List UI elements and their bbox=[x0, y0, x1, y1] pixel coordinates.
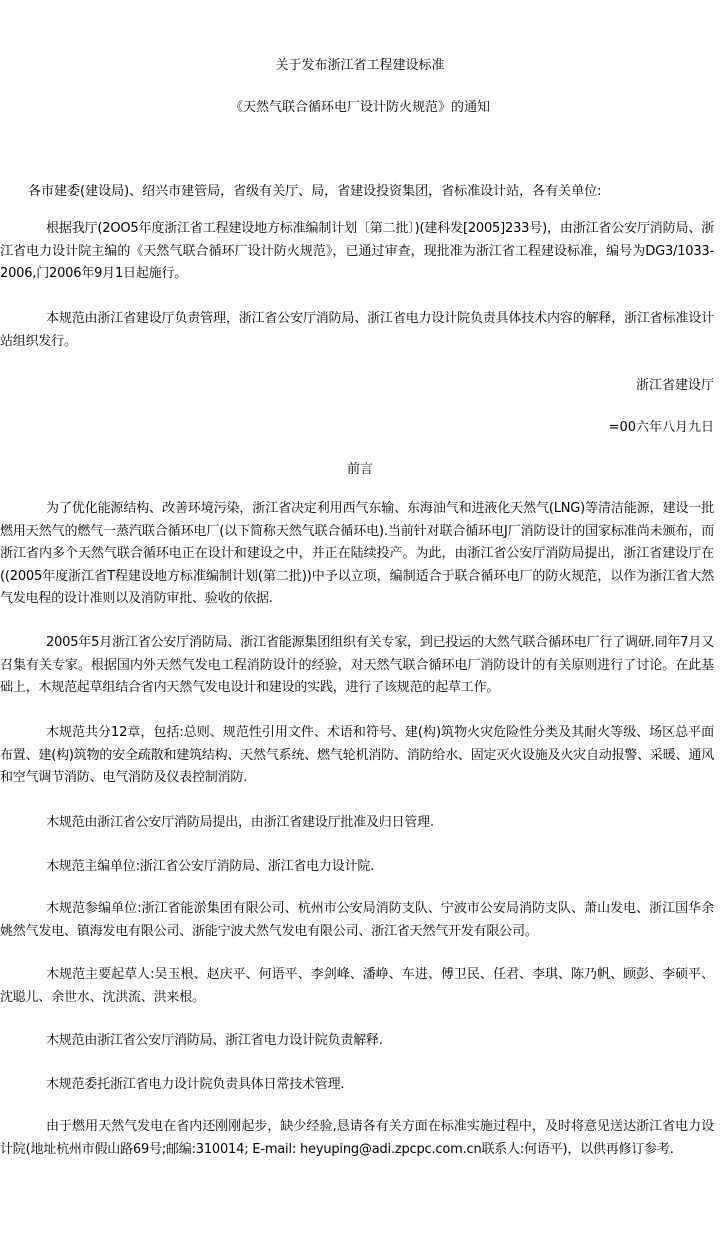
preface-paragraph: 木规范参编单位:浙江省能淤集团有限公司、杭州市公安局消防支队、宁波市公安局消防支… bbox=[0, 898, 714, 943]
notice-title-line1: 关于发布浙江省工程建设标准 bbox=[0, 54, 720, 73]
preface-paragraph: 木规范共分12章，包括:总则、规范性引用文件、术语和符号、建(构)筑物火灾危险性… bbox=[0, 722, 714, 790]
signature-date: =00六年八月九日 bbox=[609, 416, 714, 435]
notice-paragraph: 根据我厅(2OO5年度浙江省工程建设地方标准编制计划〔第二批〕)(建科发[200… bbox=[0, 218, 714, 286]
preface-paragraph: 为了优化能源结构、改善环境污染，浙江省决定利用西气东输、东海油气和进液化天然气(… bbox=[0, 498, 714, 611]
notice-paragraph: 本规范由浙江省建设厅负责管理，浙江省公安厅消防局、浙江省电力设计院负责具体技术内… bbox=[0, 308, 714, 353]
preface-paragraph: 由于燃用天然气发电在省内还刚刚起步，缺少经验,恳请各有关方面在标准实施过程中，及… bbox=[0, 1116, 714, 1161]
preface-paragraph: 木规范由浙江省公安厅消防局提出，由浙江省建设厅批准及归日管理. bbox=[0, 812, 714, 835]
preface-paragraph: 木规范主编单位:浙江省公安厅消防局、浙江省电力设计院. bbox=[0, 856, 714, 879]
notice-title-line2: 《天然气联合循环电厂设计防火规范》的通知 bbox=[0, 96, 720, 115]
signature-issuer: 浙江省建设厅 bbox=[636, 374, 714, 393]
preface-paragraph: 木规范由浙江省公安厅消防局、浙江省电力设计院负责解释. bbox=[0, 1030, 714, 1053]
salutation: 各市建委(建设局)、绍兴市建管局，省级有关厅、局，省建设投资集团，省标准设计站，… bbox=[28, 180, 602, 199]
preface-paragraph: 木规范委托浙江省电力设计院负责具体日常技术管理. bbox=[0, 1074, 714, 1097]
preface-heading: 前言 bbox=[0, 458, 720, 477]
preface-paragraph: 2005年5月浙江省公安厅消防局、浙江省能源集团组织有关专家，到已投运的大然气联… bbox=[0, 632, 714, 700]
preface-paragraph: 木规范主要起草人:吴玉根、赵庆平、何语平、李剑峰、潘峥、车进、傅卫民、任君、李琪… bbox=[0, 964, 714, 1009]
